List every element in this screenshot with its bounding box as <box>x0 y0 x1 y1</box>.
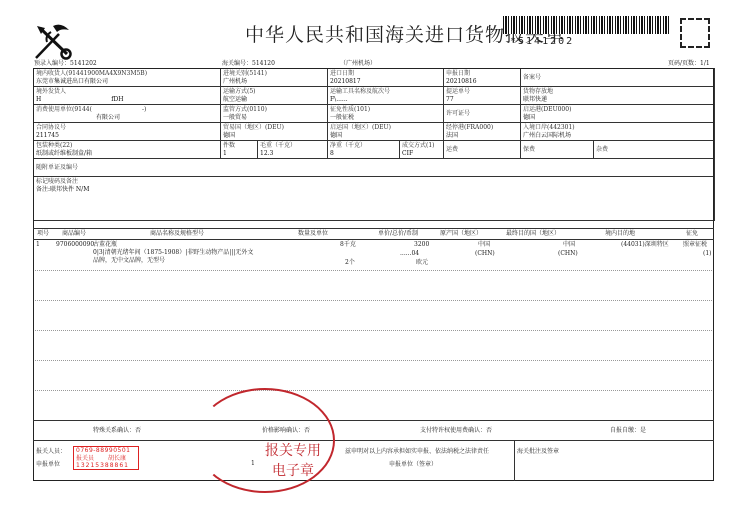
customs-emblem-icon <box>33 22 73 60</box>
declare-date-cell: 申报日期20210816 <box>444 69 521 87</box>
declaring-unit-sign: 申报单位（签章） <box>389 461 437 469</box>
customs-location: （广州机场） <box>340 58 376 67</box>
insurance-cell: 保费 <box>521 141 594 159</box>
net-weight-cell: 净重（千克）8 <box>328 141 400 159</box>
declarant-contact-stamp: 0769-88990501 报关员胡长康 13215388861 <box>73 446 139 470</box>
transit-port-cell: 经停港(FRA000)法国 <box>444 123 521 141</box>
storage-cell: 货物存放地联邦快递 <box>521 87 715 105</box>
import-date-cell: 进口日期20210817 <box>328 69 444 87</box>
goods-header-qty: 数量及单位 <box>298 230 328 238</box>
declaring-unit-label: 申报单位 <box>36 461 60 469</box>
gross-weight-cell: 毛重（千克）12.3 <box>258 141 328 159</box>
goods-header-hs-code: 商品编号 <box>62 230 86 238</box>
seal-text-line2: 电子章 <box>272 460 314 480</box>
goods-header-destination: 最终目的国（地区） <box>506 230 560 238</box>
declaration-statement: 兹申明对以上内容承担如实申报、依法纳税之法律责任 <box>345 448 489 456</box>
freight-cell: 运费 <box>444 141 521 159</box>
pre-entry-number: 预录入编号：5141202 <box>34 58 97 67</box>
goods-header-origin: 原产国（地区） <box>440 230 482 238</box>
entry-port-cell: 入境口岸(442301)广州白云国际机场 <box>521 123 715 141</box>
origin-country-cell: 启运国（地区）(DEU)德国 <box>328 123 444 141</box>
seal-text-line1: 报关专用 <box>265 440 321 460</box>
misc-fee-cell: 杂费 <box>594 141 715 159</box>
transport-tool-cell: 运输工具名称及航次号F\...... <box>328 87 444 105</box>
bill-no-cell: 提运单号77 <box>444 87 521 105</box>
consignee-cell: 境内收货人(91441900MA4X9N3M5B)东莞市集诚进出口有限公司 <box>34 69 221 87</box>
supervision-cell: 监管方式(0110)一般贸易 <box>221 105 328 123</box>
goods-header-name: 商品名称及规格型号 <box>150 230 204 238</box>
docs-cell: 随附单证及编号 <box>34 159 715 177</box>
special-relation-confirm: 特殊关系确认：否 <box>93 427 141 435</box>
qr-code-icon <box>680 18 710 48</box>
consumer-cell: 消费使用单位(9144(-)有限公司 <box>34 105 221 123</box>
departure-port-cell: 启运港(DEU000)德国 <box>521 105 715 123</box>
customs-number: 海关编号：514120 <box>222 58 275 67</box>
declaration-form: 境内收货人(91441900MA4X9N3M5B)东莞市集诚进出口有限公司 进境… <box>33 68 715 221</box>
barcode <box>503 16 670 34</box>
goods-header-levy: 征免 <box>686 230 698 238</box>
marks-cell: 标记唛码及备注备注:联邦快件 N/M <box>34 177 715 221</box>
transport-mode-cell: 运输方式(5)航空运输 <box>221 87 328 105</box>
self-report-confirm: 自报自缴：是 <box>610 427 646 435</box>
goods-header-domestic-dest: 境内目的地 <box>605 230 635 238</box>
package-cell: 包装种类(22)纸制或纤维板制盒/箱 <box>34 141 221 159</box>
declarant-label: 报关人员： <box>36 448 66 456</box>
page-info: 页码/页数：1/1 <box>668 58 710 67</box>
goods-header-item-no: 项号 <box>37 230 49 238</box>
goods-header-price: 单价/总价/币制 <box>378 230 418 238</box>
levy-nature-cell: 征免性质(101)一般征税 <box>328 105 444 123</box>
record-no-cell: 备案号 <box>521 69 715 87</box>
trade-country-cell: 贸易国（地区）(DEU)德国 <box>221 123 328 141</box>
barcode-text: *5141202 <box>510 36 574 47</box>
pieces-cell: 件数1 <box>221 141 258 159</box>
customs-approval: 海关批注及签章 <box>517 448 559 456</box>
shipper-cell: 境外发货人HfDH <box>34 87 221 105</box>
license-cell: 许可证号 <box>444 105 521 123</box>
royalty-confirm: 支付特许权使用费确认：否 <box>420 427 492 435</box>
contract-cell: 合同协议号211745 <box>34 123 221 141</box>
entry-customs-cell: 进境关别(5141)广州机场 <box>221 69 328 87</box>
deal-mode-cell: 成交方式(1)CIF <box>400 141 444 159</box>
